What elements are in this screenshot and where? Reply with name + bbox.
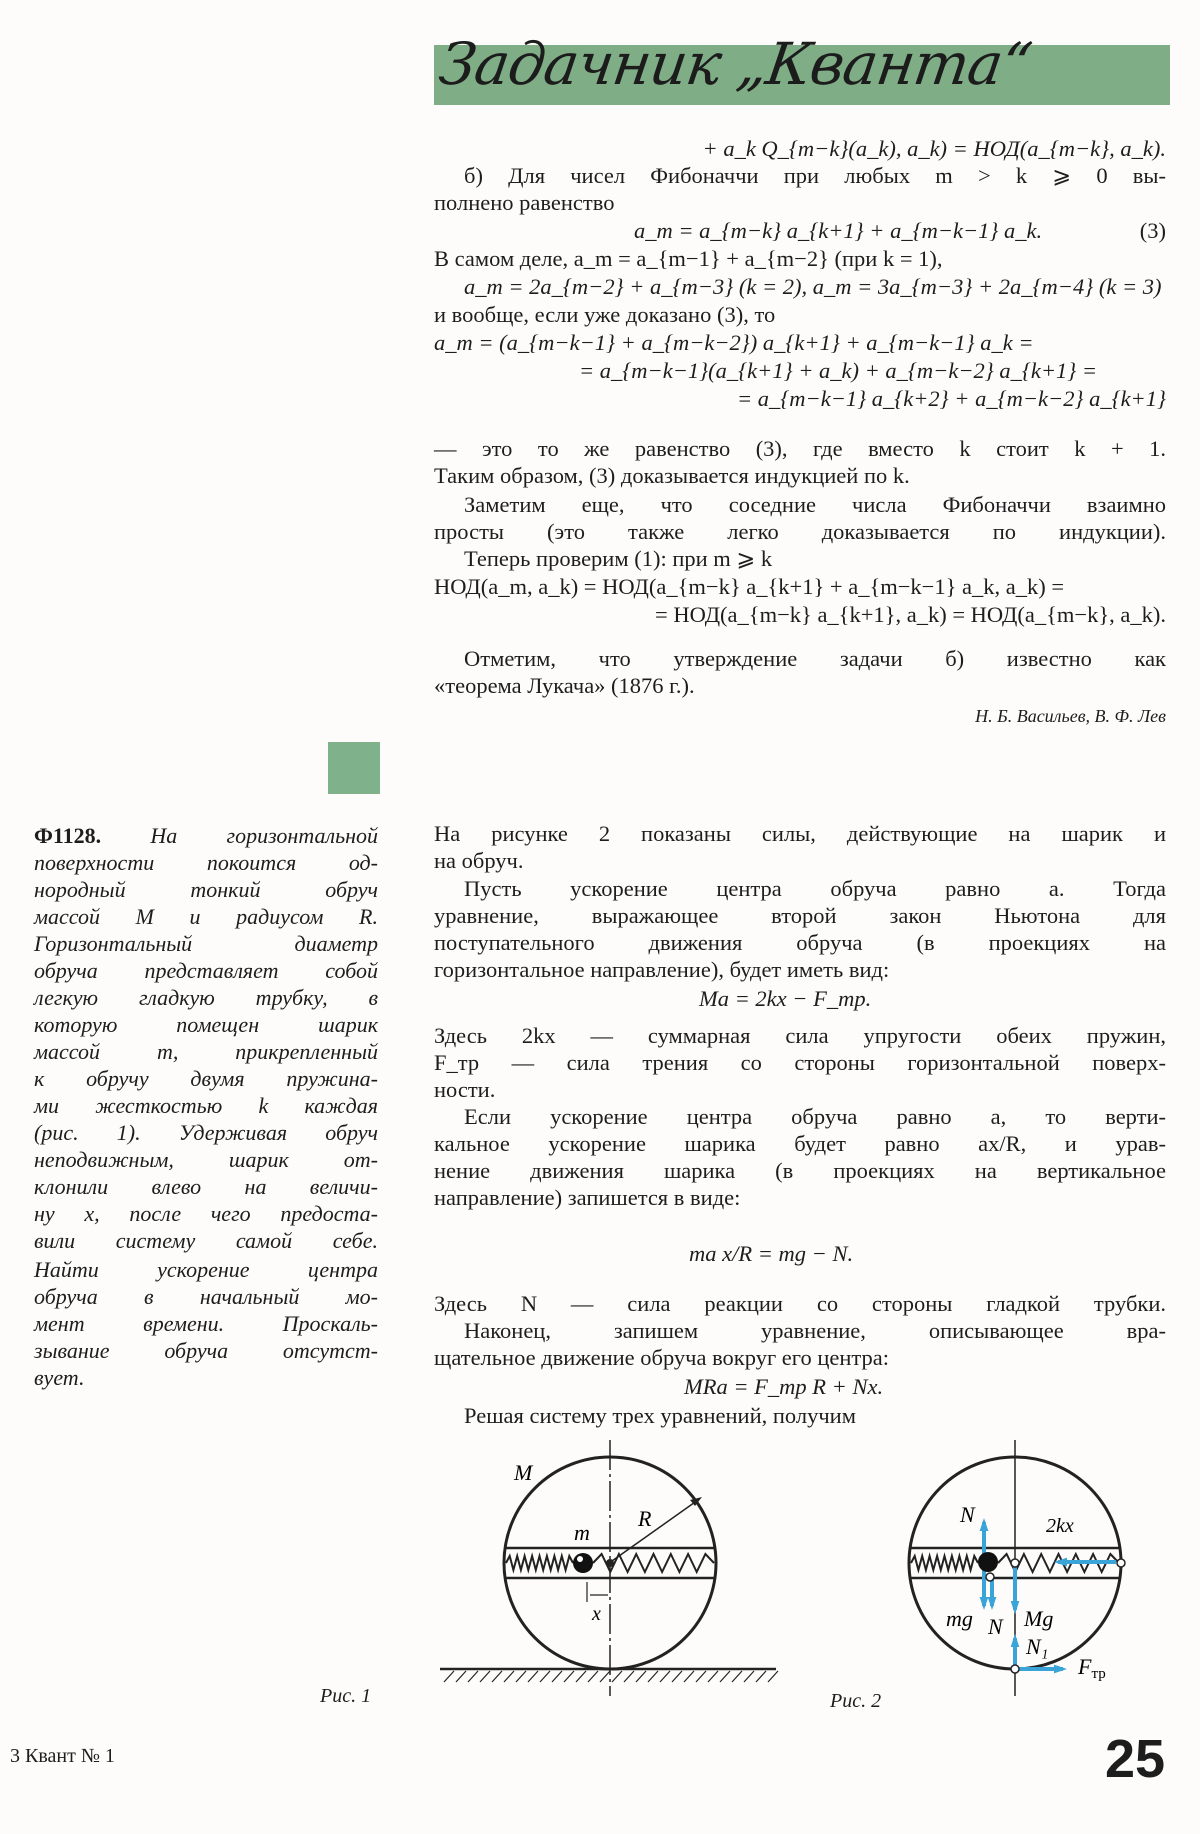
text-line: Заметим еще, что соседние числа Фибоначч… xyxy=(434,491,1166,518)
text-line: неподвижным, шарик от- xyxy=(34,1146,378,1173)
label-normal-up: N xyxy=(959,1502,976,1527)
formula-line: НОД(a_m, a_k) = НОД(a_{m−k} a_{k+1} + a_… xyxy=(434,573,1064,600)
figure-2-caption: Рис. 2 xyxy=(830,1690,881,1713)
formula-line: Ma = 2kx − F_тр. xyxy=(699,985,871,1012)
text-line: «теорема Лукача» (1876 г.). xyxy=(434,672,695,699)
text-line: зывание обруча отсутст- xyxy=(34,1337,378,1364)
page-number: 25 xyxy=(1105,1728,1165,1790)
text-line: Здесь N — сила реакции со стороны гладко… xyxy=(434,1290,1166,1317)
text-line: ности. xyxy=(434,1076,495,1103)
section-title: Задачник „Кванта“ xyxy=(435,30,1035,98)
text-line: к обручу двумя пружина- xyxy=(34,1065,378,1092)
text-line: На рисунке 2 показаны силы, действующие … xyxy=(434,820,1166,847)
text-line: вили систему самой себе. xyxy=(34,1227,378,1254)
text-line: (рис. 1). Удерживая обруч xyxy=(34,1119,378,1146)
text-line: клонили влево на величи- xyxy=(34,1173,378,1200)
text-line: Теперь проверим (1): при m ⩾ k xyxy=(434,545,772,572)
text-line: горизонтальное направление), будет иметь… xyxy=(434,956,889,983)
text-line: Пусть ускорение центра обруча равно a. Т… xyxy=(434,875,1166,902)
label-friction: Fтр xyxy=(1077,1654,1106,1682)
formula-line: = НОД(a_{m−k} a_{k+1}, a_k) = НОД(a_{m−k… xyxy=(655,601,1166,628)
label-spring-force: 2kx xyxy=(1046,1515,1074,1537)
text-line: ну x, после чего предоста- xyxy=(34,1200,378,1227)
text-line: массой m, прикрепленный xyxy=(34,1038,378,1065)
text-line: В самом деле, a_m = a_{m−1} + a_{m−2} (п… xyxy=(434,245,943,272)
text-line: Найти ускорение центра xyxy=(34,1256,378,1283)
text-line: — это то же равенство (3), где вместо k … xyxy=(434,435,1166,462)
text-line: вует. xyxy=(34,1364,84,1391)
figure-2-forces-diagram: N 2kx mg N Mg N₁ Fтр xyxy=(880,1440,1180,1700)
text-line: б) Для чисел Фибоначчи при любых m > k ⩾… xyxy=(434,162,1166,189)
text-line: легкую гладкую трубку, в xyxy=(34,984,378,1011)
text-line: полнено равенство xyxy=(434,189,614,216)
text-line: ми жесткостью k каждая xyxy=(34,1092,378,1119)
equation-number: (3) xyxy=(1140,217,1166,244)
text-line: Если ускорение центра обруча равно a, то… xyxy=(434,1103,1166,1130)
text-line: Горизонтальный диаметр xyxy=(34,930,378,957)
text-line: направление) запишется в виде: xyxy=(434,1184,740,1211)
text-line: F_тр — сила трения со стороны горизонтал… xyxy=(434,1049,1166,1076)
text-line: обруча в начальный мо- xyxy=(34,1283,378,1310)
label-hoop-mass: M xyxy=(513,1460,534,1485)
problem-number: Ф1128. xyxy=(34,823,101,848)
text-line: Наконец, запишем уравнение, описывающее … xyxy=(434,1317,1166,1344)
formula-line: = a_{m−k−1}(a_{k+1} + a_k) + a_{m−k−2} a… xyxy=(579,357,1097,384)
figure-1-hoop-diagram: M m R x xyxy=(440,1440,820,1700)
text-line: кальное ускорение шарика будет равно ax/… xyxy=(434,1130,1166,1157)
signature-mark: 3 Квант № 1 xyxy=(10,1745,115,1768)
text-line: и вообще, если уже доказано (3), то xyxy=(434,301,775,328)
label-radius: R xyxy=(637,1506,652,1531)
text-line: Здесь 2kx — суммарная сила упругости обе… xyxy=(434,1022,1166,1049)
problem-marker xyxy=(328,742,380,794)
text-line: щательное движение обруча вокруг его цен… xyxy=(434,1344,889,1371)
figure-1-caption: Рис. 1 xyxy=(320,1685,371,1708)
label-ball-mass: m xyxy=(574,1520,590,1545)
formula-line: + a_k Q_{m−k}(a_k), a_k) = НОД(a_{m−k}, … xyxy=(703,135,1166,162)
label-ground-normal: N₁ xyxy=(1025,1634,1048,1659)
text-line: мент времени. Проскаль- xyxy=(34,1310,378,1337)
formula-line: ma x/R = mg − N. xyxy=(689,1240,853,1267)
text-line: массой M и радиусом R. xyxy=(34,903,378,930)
label-normal-down: N xyxy=(987,1614,1004,1639)
formula-line: = a_{m−k−1} a_{k+2} + a_{m−k−2} a_{k+1} xyxy=(737,385,1166,412)
label-offset: x xyxy=(591,1603,601,1625)
text-line: поверхности покоится од- xyxy=(34,849,378,876)
text-line: просты (это также легко доказывается по … xyxy=(434,518,1166,545)
text-line: нородный тонкий обруч xyxy=(34,876,378,903)
text-line: Отметим, что утверждение задачи б) извес… xyxy=(434,645,1166,672)
formula-line: a_m = (a_{m−k−1} + a_{m−k−2}) a_{k+1} + … xyxy=(434,329,1034,356)
text-line: На горизонтальной xyxy=(150,823,378,848)
author-signature: Н. Б. Васильев, В. Ф. Лев xyxy=(975,703,1166,730)
text-line: поступательного движения обруча (в проек… xyxy=(434,929,1166,956)
text-line: Таким образом, (3) доказывается индукцие… xyxy=(434,462,910,489)
text-line: которую помещен шарик xyxy=(34,1011,378,1038)
text-line: уравнение, выражающее второй закон Ньюто… xyxy=(434,902,1166,929)
text-line: нение движения шарика (в проекциях на ве… xyxy=(434,1157,1166,1184)
text-line: на обруч. xyxy=(434,847,524,874)
label-weight-ball: mg xyxy=(946,1606,973,1631)
formula-line: MRa = F_тр R + Nx. xyxy=(684,1373,883,1400)
label-weight-hoop: Mg xyxy=(1023,1606,1053,1631)
text-line: Решая систему трех уравнений, получим xyxy=(434,1402,856,1429)
formula-line: a_m = 2a_{m−2} + a_{m−3} (k = 2), a_m = … xyxy=(464,273,1162,300)
text-line: обруча представляет собой xyxy=(34,957,378,984)
formula-line: a_m = a_{m−k} a_{k+1} + a_{m−k−1} a_k. xyxy=(634,217,1042,244)
